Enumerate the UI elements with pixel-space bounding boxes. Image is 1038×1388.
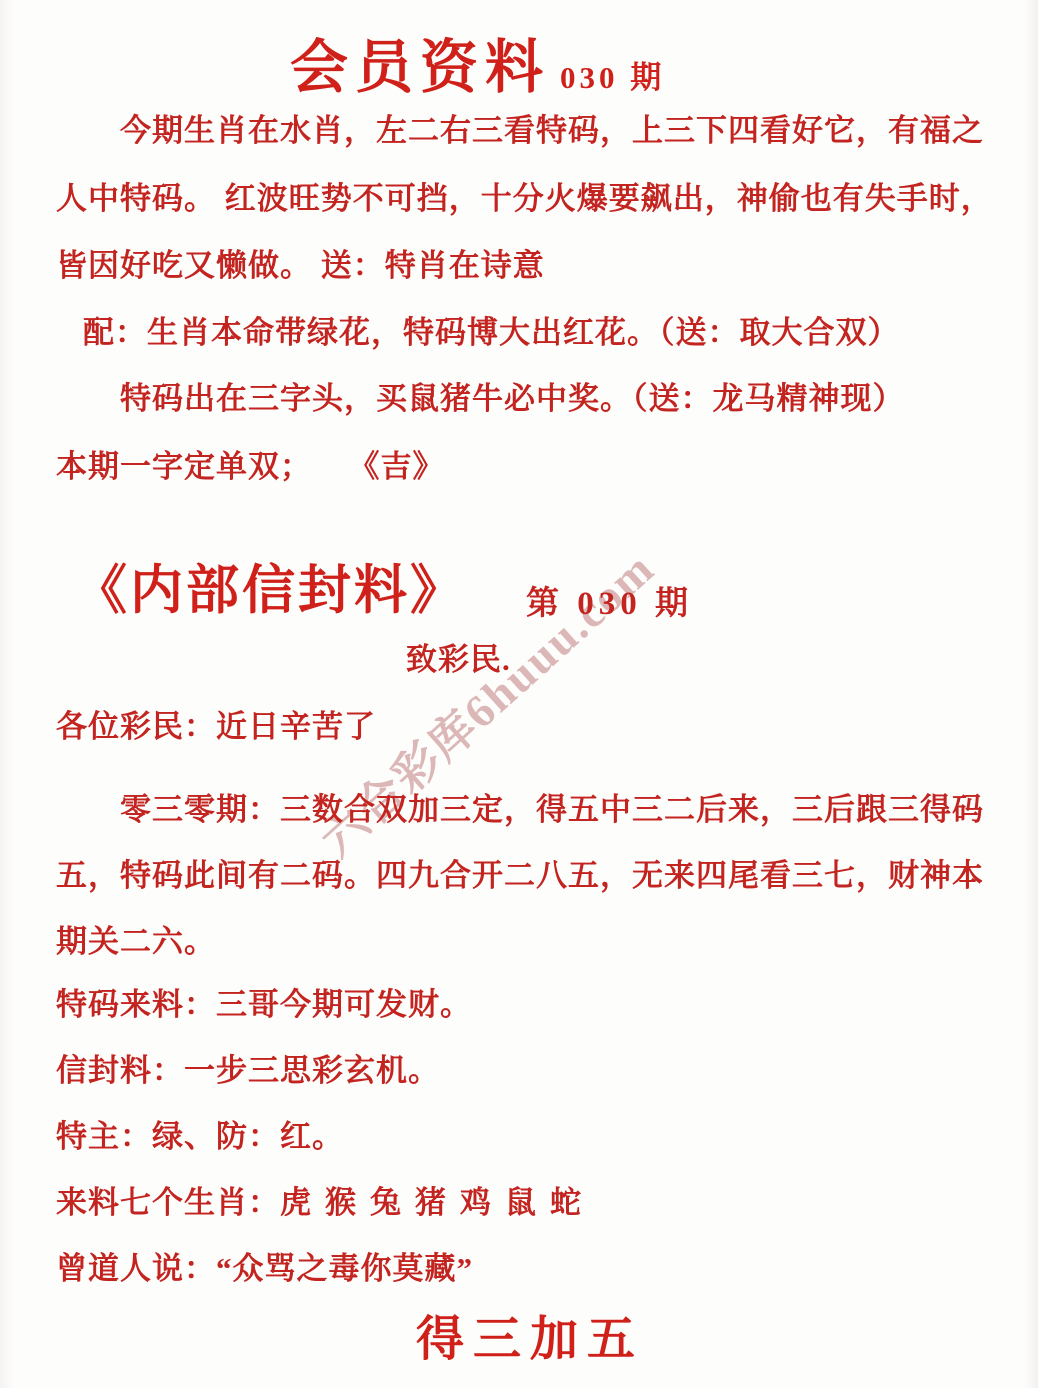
zodiac-item: 鸡 bbox=[460, 1185, 492, 1220]
zodiac-item: 虎 bbox=[280, 1185, 312, 1220]
zodiac-item: 兔 bbox=[370, 1185, 402, 1220]
zodiac-line: 来料七个生肖：虎猴兔猪鸡鼠蛇 bbox=[56, 1186, 595, 1220]
intro-line-1: 今期生肖在水肖，左二右三看特码，上三下四看好它，有福之 bbox=[120, 114, 984, 148]
zodiac-label: 来料七个生肖： bbox=[56, 1185, 280, 1220]
envelope-body-line-3: 期关二六。 bbox=[56, 925, 216, 959]
odd-even-label: 本期一字定单双； bbox=[56, 449, 312, 484]
odd-even-answer: 《吉》 bbox=[364, 449, 445, 484]
intro-line-2: 人中特码。 红波旺势不可挡，十分火爆要飙出，神偷也有失手时， bbox=[56, 182, 993, 216]
xinfeng-info-line: 信封料：一步三思彩玄机。 bbox=[56, 1054, 440, 1088]
member-section-title: 会员资料 bbox=[290, 20, 550, 104]
tezhu-info-line: 特主：绿、防：红。 bbox=[56, 1120, 344, 1154]
scanned-lottery-flyer: 六合彩库6huuu.com 会员资料 030 期 今期生肖在水肖，左二右三看特码… bbox=[0, 0, 1038, 1388]
salute-line: 致彩民. bbox=[406, 643, 511, 677]
zodiac-item: 鼠 bbox=[505, 1185, 537, 1220]
odd-even-line: 本期一字定单双；《吉》 bbox=[56, 450, 445, 484]
zodiac-item: 蛇 bbox=[550, 1185, 582, 1220]
quote-line: 曾道人说：“众骂之毒你莫藏” bbox=[56, 1252, 473, 1286]
envelope-body-line-1: 零三零期：三数合双加三定，得五中三二后来，三后跟三得码 bbox=[120, 793, 984, 827]
zodiac-item: 猪 bbox=[415, 1185, 447, 1220]
greeting-line: 各位彩民：近日辛苦了 bbox=[56, 710, 376, 744]
envelope-issue-number: 第 030 期 bbox=[526, 577, 693, 624]
envelope-section-title: 《内部信封料》 bbox=[74, 548, 466, 624]
tema-info-line: 特码来料：三哥今期可发财。 bbox=[56, 988, 472, 1022]
tema-tip-line: 特码出在三字头，买鼠猪牛必中奖。（送：龙马精神现） bbox=[120, 382, 905, 416]
footer-hint: 得三加五 bbox=[416, 1300, 644, 1369]
zodiac-item: 猴 bbox=[325, 1185, 357, 1220]
pei-tip-line: 配：生肖本命带绿花，特码博大出红花。（送：取大合双） bbox=[83, 316, 900, 350]
member-issue-number: 030 期 bbox=[560, 52, 665, 97]
intro-line-3: 皆因好吃又懒做。 送：特肖在诗意 bbox=[56, 249, 545, 283]
envelope-body-line-2: 五，特码此间有二码。四九合开二八五，无来四尾看三七，财神本 bbox=[56, 859, 984, 893]
